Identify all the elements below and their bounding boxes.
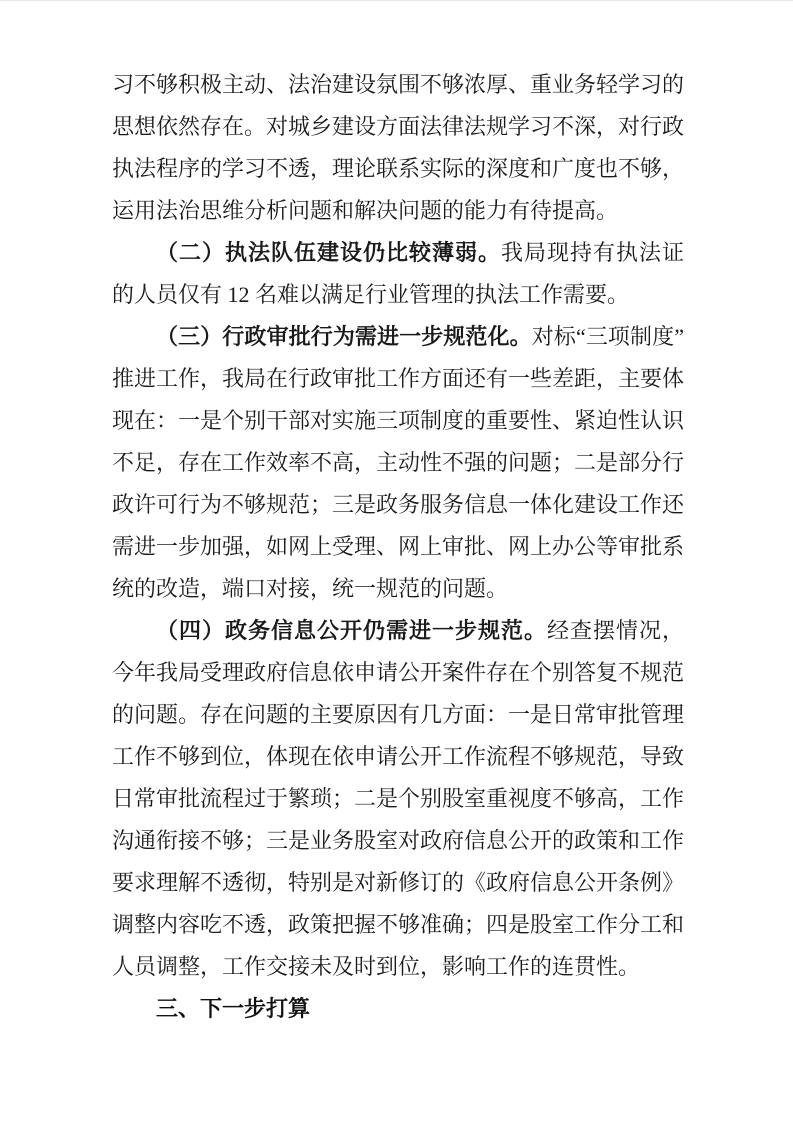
paragraph-item-3-text: 对标“三项制度”推进工作，我局在行政审批工作方面还有一些差距，主要体现在：一是个… — [112, 324, 684, 601]
paragraph-item-2-lead: （二）执法队伍建设仍比较薄弱。 — [156, 240, 501, 265]
paragraph-item-4: （四）政务信息公开仍需进一步规范。经查摆情况，今年我局受理政府信息依申请公开案件… — [112, 610, 684, 988]
paragraph-item-4-text: 经查摆情况，今年我局受理政府信息依申请公开案件存在个别答复不规范的问题。存在问题… — [112, 618, 684, 979]
page-content: 习不够积极主动、法治建设氛围不够浓厚、重业务轻学习的思想依然存在。对城乡建设方面… — [0, 1, 793, 1122]
document-page: 习不够积极主动、法治建设氛围不够浓厚、重业务轻学习的思想依然存在。对城乡建设方面… — [0, 0, 793, 1122]
section-heading-next-steps: 三、下一步打算 — [112, 988, 684, 1030]
paragraph-item-3-lead: （三）行政审批行为需进一步规范化。 — [156, 324, 532, 349]
paragraph-continued: 习不够积极主动、法治建设氛围不够浓厚、重业务轻学习的思想依然存在。对城乡建设方面… — [112, 64, 684, 232]
paragraph-item-4-lead: （四）政务信息公开仍需进一步规范。 — [156, 618, 547, 643]
paragraph-item-3: （三）行政审批行为需进一步规范化。对标“三项制度”推进工作，我局在行政审批工作方… — [112, 316, 684, 610]
paragraph-item-2: （二）执法队伍建设仍比较薄弱。我局现持有执法证的人员仅有 12 名难以满足行业管… — [112, 232, 684, 316]
